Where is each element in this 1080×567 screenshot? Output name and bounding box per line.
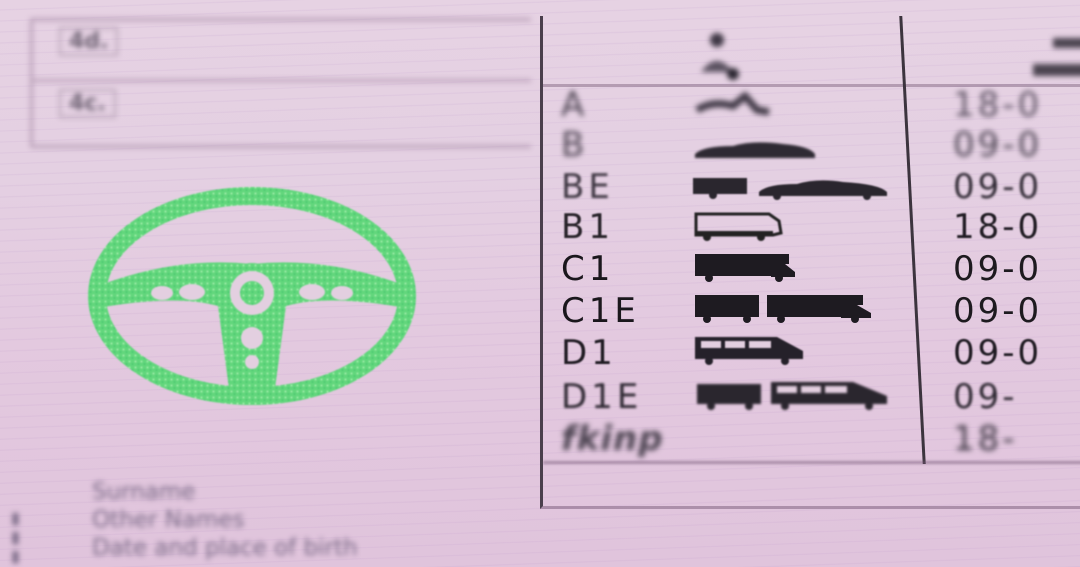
vehicle-header-icon <box>683 24 763 84</box>
steering-wheel-icon <box>86 186 418 406</box>
category-C1E: C1E <box>561 294 640 328</box>
category-A: A <box>561 88 588 122</box>
date-B: 09-0 <box>953 128 1042 162</box>
category-fkinp: fkinp <box>561 422 664 456</box>
field-label: 4c. <box>59 89 116 118</box>
date-B1: 18-0 <box>953 210 1042 244</box>
trailer-and-minibus-icon <box>693 380 889 410</box>
other-names-label: Other Names <box>92 506 358 534</box>
date-C1: 09-0 <box>953 252 1042 286</box>
categories-table: A 18-0 B 09-0 BE 09-0 B1 18-0 C1 09-0 C1… <box>540 16 1080 509</box>
light-truck-icon <box>693 252 797 282</box>
category-C1: C1 <box>561 252 614 286</box>
minibus-icon <box>693 335 807 365</box>
motorcycle-icon <box>693 92 773 118</box>
header-fields-box: 4d. 4c. <box>30 18 531 148</box>
trailer-and-car-icon <box>693 174 889 200</box>
date-BE: 09-0 <box>953 170 1042 204</box>
trailer-and-light-truck-icon <box>693 293 879 323</box>
date-D1: 09-0 <box>953 336 1042 370</box>
category-B1: B1 <box>561 210 614 244</box>
category-D1: D1 <box>561 336 617 370</box>
category-D1E: D1E <box>561 380 642 414</box>
personal-fields: Surname Other Names Date and place of bi… <box>92 478 358 562</box>
date-fkinp: 18- <box>953 422 1018 456</box>
date-header-icon <box>1013 24 1080 84</box>
surname-label: Surname <box>92 478 358 506</box>
light-van-icon <box>693 211 783 241</box>
date-A: 18-0 <box>953 88 1042 122</box>
date-C1E: 09-0 <box>953 294 1042 328</box>
category-B: B <box>561 128 588 162</box>
car-icon <box>693 136 817 162</box>
birth-label: Date and place of birth <box>92 534 358 562</box>
footer-divider <box>543 461 1080 464</box>
date-D1E: 09- <box>953 380 1018 414</box>
category-BE: BE <box>561 170 614 204</box>
divider <box>33 79 531 82</box>
side-text: ▮▮▮ <box>6 478 20 567</box>
field-label: 4d. <box>59 27 118 56</box>
